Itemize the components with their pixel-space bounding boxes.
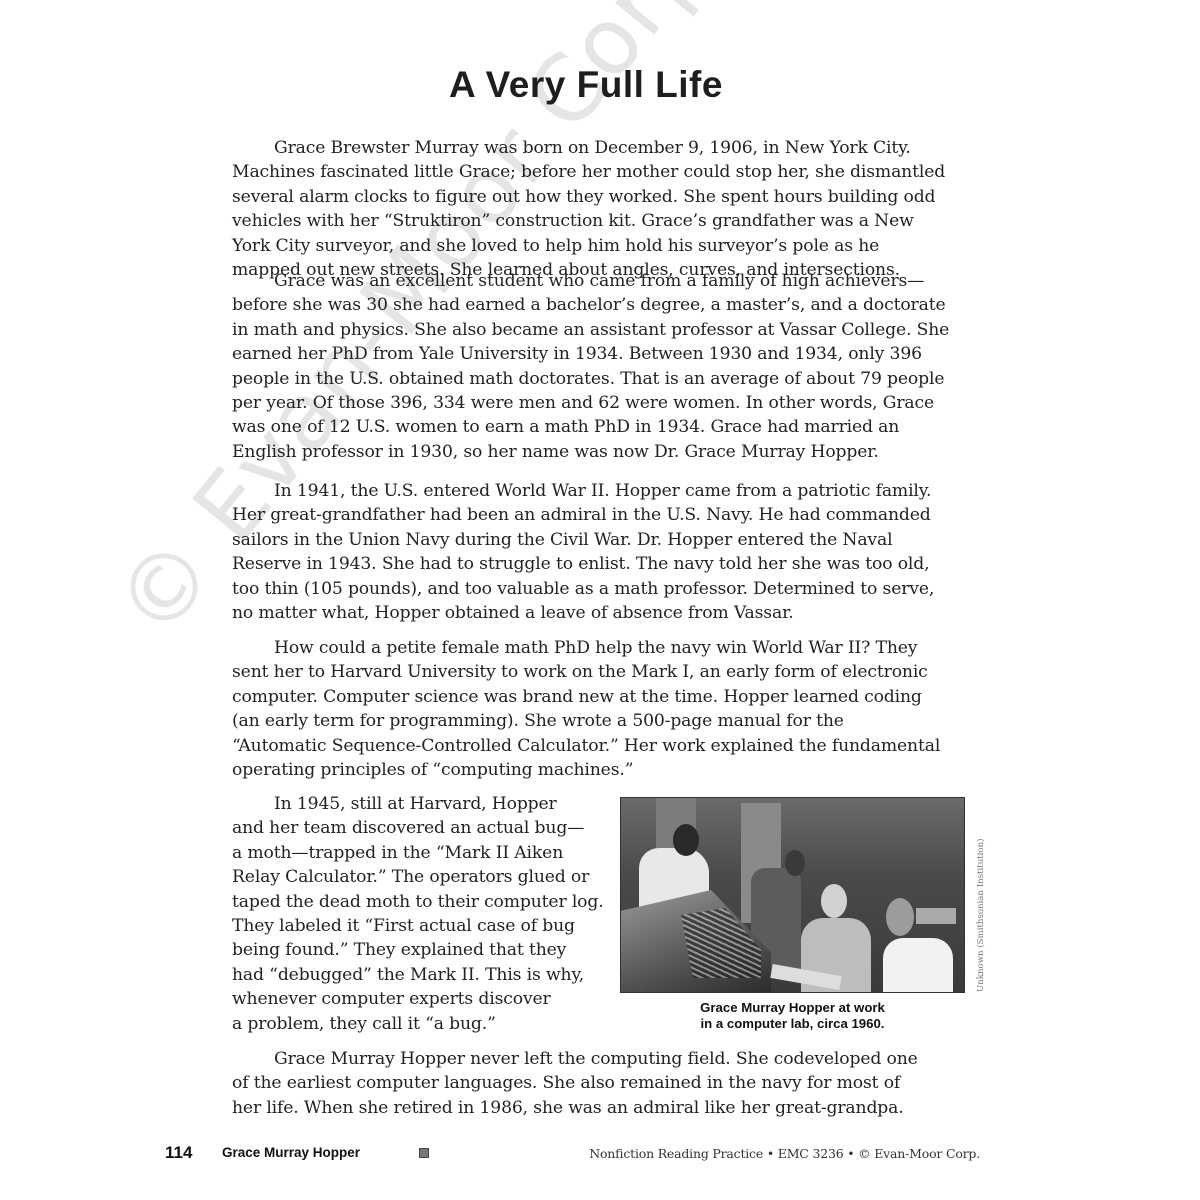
text-line: and her team discovered an actual bug— bbox=[232, 816, 604, 840]
text-line: Grace was an excellent student who came … bbox=[232, 269, 949, 293]
text-line: Grace Murray Hopper never left the compu… bbox=[232, 1047, 918, 1071]
text-line: In 1941, the U.S. entered World War II. … bbox=[232, 479, 934, 503]
paragraph-bug: In 1945, still at Harvard, Hopper and he… bbox=[232, 792, 604, 1036]
photo-person-right-body bbox=[883, 938, 953, 993]
text-line: whenever computer experts discover bbox=[232, 987, 604, 1011]
text-line: “Automatic Sequence-Controlled Calculato… bbox=[232, 734, 940, 758]
text-line: English professor in 1930, so her name w… bbox=[232, 440, 949, 464]
text-line: York City surveyor, and she loved to hel… bbox=[232, 234, 945, 258]
photo-caption: Grace Murray Hopper at work in a compute… bbox=[620, 1000, 965, 1032]
document-page: © Evan-Moor Corporation. A Very Full Lif… bbox=[0, 0, 1200, 1200]
paragraph-education: Grace was an excellent student who came … bbox=[232, 269, 949, 464]
text-line: Her great-grandfather had been an admira… bbox=[232, 503, 934, 527]
caption-line: Grace Murray Hopper at work bbox=[620, 1000, 965, 1016]
page-number: 114 bbox=[165, 1143, 192, 1163]
photo-person-left-head bbox=[673, 824, 699, 856]
text-line: taped the dead moth to their computer lo… bbox=[232, 890, 604, 914]
photo-person-right-head bbox=[886, 898, 914, 936]
text-line: Reserve in 1943. She had to struggle to … bbox=[232, 552, 934, 576]
photo-hopper-head bbox=[821, 884, 847, 918]
text-line: Grace Brewster Murray was born on Decemb… bbox=[232, 136, 945, 160]
text-line: several alarm clocks to figure out how t… bbox=[232, 185, 945, 209]
paragraph-legacy: Grace Murray Hopper never left the compu… bbox=[232, 1047, 918, 1120]
paragraph-childhood: Grace Brewster Murray was born on Decemb… bbox=[232, 136, 945, 282]
text-line: Relay Calculator.” The operators glued o… bbox=[232, 865, 604, 889]
text-line: had “debugged” the Mark II. This is why, bbox=[232, 963, 604, 987]
text-line: a problem, they call it “a bug.” bbox=[232, 1012, 604, 1036]
text-line: in math and physics. She also became an … bbox=[232, 318, 949, 342]
text-line: was one of 12 U.S. women to earn a math … bbox=[232, 415, 949, 439]
text-line: a moth—trapped in the “Mark II Aiken bbox=[232, 841, 604, 865]
text-line: Machines fascinated little Grace; before… bbox=[232, 160, 945, 184]
text-line: sailors in the Union Navy during the Civ… bbox=[232, 528, 934, 552]
photo-credit: Unknown (Smithsonian Institution) bbox=[976, 820, 992, 1010]
text-line: How could a petite female math PhD help … bbox=[232, 636, 940, 660]
page-footer: 114 Grace Murray Hopper Nonfiction Readi… bbox=[165, 1143, 985, 1167]
text-line: operating principles of “computing machi… bbox=[232, 758, 940, 782]
text-line: being found.” They explained that they bbox=[232, 938, 604, 962]
text-line: no matter what, Hopper obtained a leave … bbox=[232, 601, 934, 625]
text-line: before she was 30 she had earned a bache… bbox=[232, 293, 949, 317]
photo-hopper-computer-lab bbox=[620, 797, 965, 993]
paragraph-harvard: How could a petite female math PhD help … bbox=[232, 636, 940, 782]
text-line: earned her PhD from Yale University in 1… bbox=[232, 342, 949, 366]
text-line: of the earliest computer languages. She … bbox=[232, 1071, 918, 1095]
footer-publication: Nonfiction Reading Practice • EMC 3236 •… bbox=[589, 1146, 980, 1161]
page-title: A Very Full Life bbox=[0, 64, 1172, 106]
text-line: computer. Computer science was brand new… bbox=[232, 685, 940, 709]
text-line: too thin (105 pounds), and too valuable … bbox=[232, 577, 934, 601]
text-line: people in the U.S. obtained math doctora… bbox=[232, 367, 949, 391]
caption-line: in a computer lab, circa 1960. bbox=[620, 1016, 965, 1032]
footer-section-title: Grace Murray Hopper bbox=[222, 1145, 360, 1160]
photo-figure: Grace Murray Hopper at work in a compute… bbox=[620, 797, 965, 1032]
square-icon bbox=[419, 1148, 429, 1158]
text-line: per year. Of those 396, 334 were men and… bbox=[232, 391, 949, 415]
paragraph-navy: In 1941, the U.S. entered World War II. … bbox=[232, 479, 934, 625]
text-line: In 1945, still at Harvard, Hopper bbox=[232, 792, 604, 816]
photo-person-standing-head bbox=[785, 850, 805, 876]
text-line: (an early term for programming). She wro… bbox=[232, 709, 940, 733]
text-line: vehicles with her “Struktiron” construct… bbox=[232, 209, 945, 233]
text-line: her life. When she retired in 1986, she … bbox=[232, 1096, 918, 1120]
text-line: sent her to Harvard University to work o… bbox=[232, 660, 940, 684]
text-line: They labeled it “First actual case of bu… bbox=[232, 914, 604, 938]
photo-shelf bbox=[916, 908, 956, 924]
